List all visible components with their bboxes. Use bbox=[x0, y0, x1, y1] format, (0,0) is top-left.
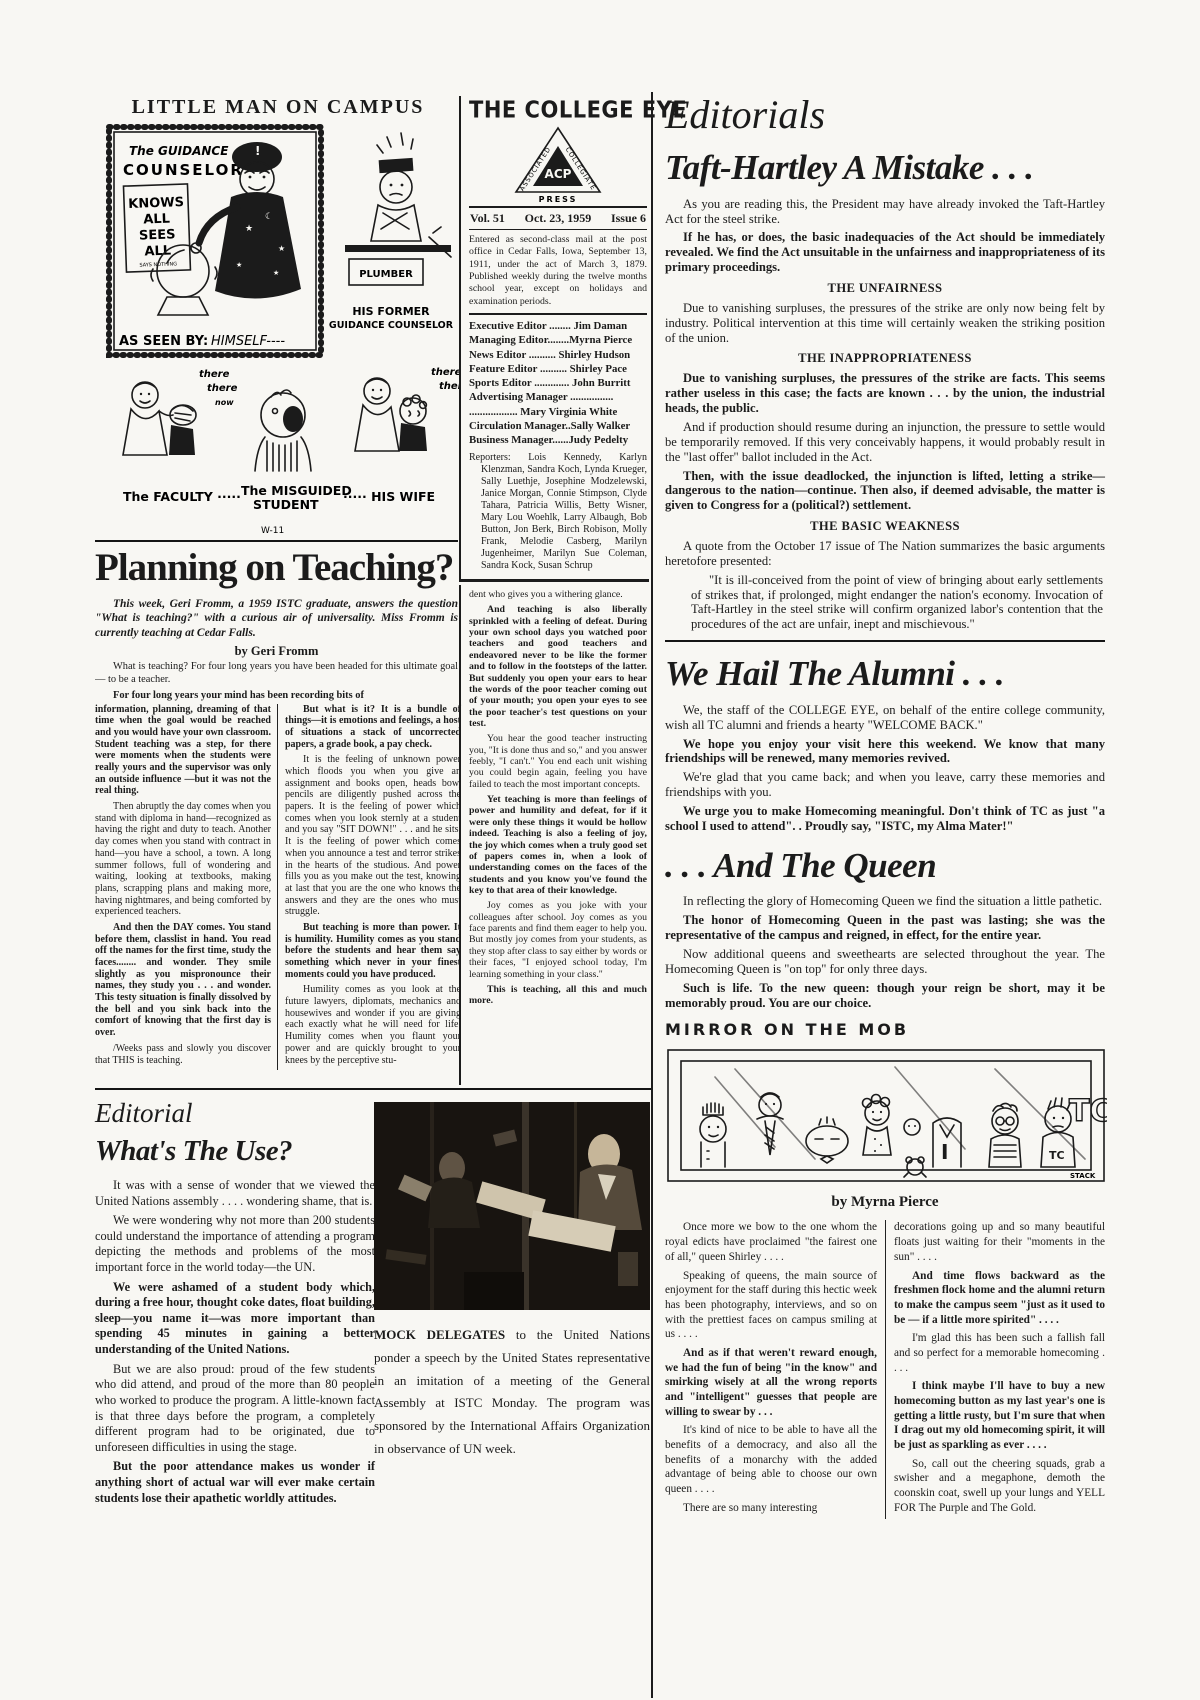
paragraph: And then the DAY comes. You stand before… bbox=[95, 922, 271, 1039]
paragraph: It is the feeling of unknown power which… bbox=[285, 754, 461, 918]
mirror-columns: Once more we bow to the one whom the roy… bbox=[665, 1220, 1105, 1519]
photo-caption: MOCK DELEGATES to the United Nations pon… bbox=[374, 1324, 650, 1461]
masthead: THE COLLEGE EYE ASSOCIATED COLLEGIATE AC… bbox=[459, 96, 649, 582]
svg-text:★: ★ bbox=[273, 269, 279, 277]
paragraph: This is teaching, all this and much more… bbox=[469, 984, 647, 1007]
misguided-label2: STUDENT bbox=[253, 497, 319, 512]
teaching-columns: information, planning, dreaming of that … bbox=[95, 704, 461, 1071]
paragraph: But what is it? It is a bundle of things… bbox=[285, 704, 461, 751]
second-class-notice: Entered as second-class mail at the post… bbox=[469, 230, 647, 315]
teaching-headline: Planning on Teaching? bbox=[95, 545, 652, 590]
paragraph: So, call out the cheering squads, grab a… bbox=[894, 1457, 1105, 1516]
editorials-section-title: Editorials bbox=[665, 94, 1105, 136]
mirror-letters-tc: TC bbox=[1069, 1094, 1107, 1129]
sweater-letters-tc: TC bbox=[1049, 1149, 1065, 1162]
crowd-figures: I TC TC bbox=[700, 1093, 1107, 1177]
mirror-on-the-mob-header: MIRROR ON THE MOB bbox=[665, 1020, 1105, 1039]
svg-text:now: now bbox=[215, 398, 234, 407]
faculty-label: The FACULTY ····· bbox=[123, 489, 241, 504]
teaching-intro: What is teaching? For four long years yo… bbox=[95, 661, 458, 702]
svg-text:there: there bbox=[431, 367, 461, 378]
paragraph: We were ashamed of a student body which,… bbox=[95, 1280, 375, 1358]
paragraph: And as if that weren't reward enough, we… bbox=[665, 1346, 877, 1419]
mirror-on-the-mob-cartoon: I TC TC STACK bbox=[665, 1047, 1107, 1185]
paragraph: Then, with the issue deadlocked, the inj… bbox=[665, 469, 1105, 514]
paragraph: "It is ill-conceived from the point of v… bbox=[691, 573, 1105, 632]
wailing-student-vignette bbox=[255, 390, 311, 471]
cartoon-little-man-on-campus: LITTLE MAN ON CAMPUS The GUIDANCE COUNSE… bbox=[95, 96, 461, 542]
knows-all-sign: KNOWS ALL SEES ALL SAYS NOTHING bbox=[123, 184, 190, 272]
section-divider bbox=[665, 640, 1105, 642]
cartoon-title: LITTLE MAN ON CAMPUS bbox=[95, 96, 461, 119]
plumber-box-label: PLUMBER bbox=[359, 269, 413, 280]
paragraph: Due to vanishing surpluses, the pressure… bbox=[665, 301, 1105, 346]
mock-delegates-photo-block: MOCK DELEGATES to the United Nations pon… bbox=[374, 1102, 650, 1461]
paragraph: Business Manager......Judy Pedelty bbox=[469, 433, 647, 447]
svg-text:★: ★ bbox=[278, 244, 285, 253]
paragraph: We hope you enjoy your visit here this w… bbox=[665, 737, 1105, 767]
wife-label: ····· HIS WIFE bbox=[343, 489, 435, 504]
paragraph: Then abruptly the day comes when you sta… bbox=[95, 801, 271, 918]
taft-hartley-body: As you are reading this, the President m… bbox=[665, 197, 1105, 632]
himself-label: HIMSELF---- bbox=[211, 334, 285, 349]
paragraph: I think maybe I'll have to buy a new hom… bbox=[894, 1379, 1105, 1452]
svg-text:there: there bbox=[207, 383, 238, 394]
teaching-column-2: But what is it? It is a bundle of things… bbox=[277, 704, 461, 1071]
newspaper-page: LITTLE MAN ON CAMPUS The GUIDANCE COUNSE… bbox=[0, 0, 1200, 1700]
as-seen-by-label: AS SEEN BY: bbox=[119, 334, 208, 349]
paragraph: Once more we bow to the one whom the roy… bbox=[665, 1220, 877, 1264]
plumber-scene: PLUMBER bbox=[345, 133, 451, 285]
paragraph: A quote from the October 17 issue of The… bbox=[665, 539, 1105, 569]
paragraph: Now additional queens and sweethearts ar… bbox=[665, 947, 1105, 977]
queen-headline: . . . And The Queen bbox=[665, 848, 1105, 885]
paragraph: News Editor .......... Shirley Hudson bbox=[469, 348, 647, 362]
paragraph: We, the staff of the COLLEGE EYE, on beh… bbox=[665, 703, 1105, 733]
paragraph: It's kind of nice to be able to have all… bbox=[665, 1423, 877, 1496]
paragraph: You hear the good teacher instructing yo… bbox=[469, 733, 647, 790]
newspaper-title: THE COLLEGE EYE bbox=[469, 96, 647, 123]
svg-text:★: ★ bbox=[245, 224, 253, 234]
paragraph: But the poor attendance makes us wonder … bbox=[95, 1459, 375, 1506]
paragraph: .................. Mary Virginia White bbox=[469, 405, 647, 419]
issue-date: Oct. 23, 1959 bbox=[525, 211, 592, 226]
paragraph: As you are reading this, the President m… bbox=[665, 197, 1105, 227]
volume-line: Vol. 51 Oct. 23, 1959 Issue 6 bbox=[469, 206, 647, 230]
paragraph: Circulation Manager..Sally Walker bbox=[469, 419, 647, 433]
mirror-column-2: decorations going up and so many beautif… bbox=[885, 1220, 1105, 1519]
paragraph: Advertising Manager ................ bbox=[469, 390, 647, 404]
teaching-column-1: information, planning, dreaming of that … bbox=[95, 704, 277, 1071]
misguided-label1: The MISGUIDED bbox=[241, 483, 352, 498]
panel-label-line1: The GUIDANCE bbox=[129, 144, 229, 158]
alumni-body: We, the staff of the COLLEGE EYE, on beh… bbox=[665, 703, 1105, 834]
there-there-text-right: there there bbox=[431, 367, 461, 392]
teaching-byline: by Geri Fromm bbox=[95, 644, 458, 659]
photo-caption-text: to the United Nations ponder a speech by… bbox=[374, 1327, 650, 1456]
section-subhead: THE UNFAIRNESS bbox=[665, 281, 1105, 296]
editorials-column: Editorials Taft-Hartley A Mistake . . . … bbox=[651, 92, 1105, 1698]
paragraph: We urge you to make Homecoming meaningfu… bbox=[665, 804, 1105, 834]
section-subhead: THE BASIC WEAKNESS bbox=[665, 519, 1105, 534]
mock-delegates-photo bbox=[374, 1102, 650, 1310]
paragraph: Humility comes as you look at the future… bbox=[285, 984, 461, 1066]
paragraph: And if production should resume during a… bbox=[665, 420, 1105, 465]
paragraph: The honor of Homecoming Queen in the pas… bbox=[665, 913, 1105, 943]
paragraph: We were wondering why not more than 200 … bbox=[95, 1213, 375, 1275]
alumni-headline: We Hail The Alumni . . . bbox=[665, 656, 1105, 693]
editorial-kicker: Editorial bbox=[95, 1100, 375, 1127]
sign-knows: KNOWS bbox=[128, 195, 184, 212]
former-counselor-caption1: HIS FORMER bbox=[352, 305, 430, 318]
whats-the-use-headline: What's The Use? bbox=[95, 1135, 375, 1168]
paragraph: But teaching is more than power. It is h… bbox=[285, 922, 461, 980]
paragraph: Due to vanishing surpluses, the pressure… bbox=[665, 371, 1105, 416]
logo-press: PRESS bbox=[539, 195, 578, 204]
paragraph: And time flows backward as the freshmen … bbox=[894, 1269, 1105, 1328]
teaching-lede: This week, Geri Fromm, a 1959 ISTC gradu… bbox=[95, 597, 458, 640]
cartoonist-signature: W-11 bbox=[261, 526, 284, 536]
little-man-on-campus-drawing: The GUIDANCE COUNSELOR KNOWS ALL SEES AL… bbox=[95, 119, 461, 539]
feature-top-rule bbox=[95, 540, 458, 542]
mirror-byline: by Myrna Pierce bbox=[665, 1194, 1105, 1211]
volume-number: Vol. 51 bbox=[470, 211, 505, 226]
paragraph: Sports Editor ............. John Burritt bbox=[469, 376, 647, 390]
paragraph: Yet teaching is more than feelings of po… bbox=[469, 794, 647, 896]
bottom-section-rule bbox=[95, 1088, 651, 1090]
mirror-cartoonist-signature: STACK bbox=[1070, 1172, 1096, 1180]
paragraph: /Weeks pass and slowly you discover that… bbox=[95, 1043, 271, 1066]
logo-acp: ACP bbox=[545, 167, 572, 181]
sign-all2: ALL bbox=[144, 244, 171, 260]
paragraph: Executive Editor ........ Jim Daman bbox=[469, 319, 647, 333]
paragraph: What is teaching? For four long years yo… bbox=[95, 661, 458, 686]
queen-body: In reflecting the glory of Homecoming Qu… bbox=[665, 894, 1105, 1010]
section-subhead: THE INAPPROPRIATENESS bbox=[665, 351, 1105, 366]
svg-text:☾: ☾ bbox=[265, 212, 273, 222]
paragraph: dent who gives you a withering glance. bbox=[469, 589, 647, 600]
svg-text:there: there bbox=[199, 369, 230, 380]
paragraph: I'm glad this has been such a fallish fa… bbox=[894, 1331, 1105, 1375]
paragraph: Speaking of queens, the main source of e… bbox=[665, 1269, 877, 1342]
sign-sees: SEES bbox=[139, 227, 176, 243]
svg-text:there: there bbox=[439, 381, 461, 392]
paragraph: There are so many interesting bbox=[665, 1501, 877, 1516]
there-there-text-left: there there now bbox=[199, 369, 238, 407]
paragraph: Managing Editor........Myrna Pierce bbox=[469, 333, 647, 347]
paragraph: Such is life. To the new queen: though y… bbox=[665, 981, 1105, 1011]
issue-number: Issue 6 bbox=[611, 211, 646, 226]
sweater-letter-i: I bbox=[941, 1140, 948, 1164]
paragraph: But we are also proud: proud of the few … bbox=[95, 1362, 375, 1456]
paragraph: decorations going up and so many beautif… bbox=[894, 1220, 1105, 1264]
paragraph: And teaching is also liberally sprinkled… bbox=[469, 604, 647, 729]
wife-vignette bbox=[355, 378, 427, 451]
photo-caption-lead: MOCK DELEGATES bbox=[374, 1327, 505, 1342]
paragraph: Joy comes as you joke with your colleagu… bbox=[469, 900, 647, 980]
whats-the-use-body: It was with a sense of wonder that we vi… bbox=[95, 1178, 375, 1506]
staff-list: Executive Editor ........ Jim DamanManag… bbox=[469, 315, 647, 447]
whats-the-use-editorial: Editorial What's The Use? It was with a … bbox=[95, 1100, 375, 1510]
svg-text:!: ! bbox=[255, 144, 260, 158]
former-counselor-caption2: GUIDANCE COUNSELOR bbox=[329, 320, 454, 331]
teaching-column-3: dent who gives you a withering glance.An… bbox=[459, 585, 649, 1085]
paragraph: We're glad that you came back; and when … bbox=[665, 770, 1105, 800]
sign-all1: ALL bbox=[143, 212, 170, 228]
svg-text:★: ★ bbox=[236, 261, 242, 269]
paragraph: Feature Editor .......... Shirley Pace bbox=[469, 362, 647, 376]
paragraph: It was with a sense of wonder that we vi… bbox=[95, 1178, 375, 1209]
acp-press-logo-icon: ASSOCIATED COLLEGIATE ACP PRESS bbox=[512, 124, 604, 204]
paragraph: If he has, or does, the basic inadequaci… bbox=[665, 230, 1105, 275]
paragraph: For four long years your mind has been r… bbox=[95, 690, 458, 702]
paragraph: In reflecting the glory of Homecoming Qu… bbox=[665, 894, 1105, 909]
paragraph: information, planning, dreaming of that … bbox=[95, 704, 271, 798]
mirror-column-1: Once more we bow to the one whom the roy… bbox=[665, 1220, 885, 1519]
taft-hartley-headline: Taft-Hartley A Mistake . . . bbox=[665, 150, 1105, 187]
panel-label-line2: COUNSELOR bbox=[123, 161, 244, 179]
faculty-vignette bbox=[123, 382, 196, 455]
